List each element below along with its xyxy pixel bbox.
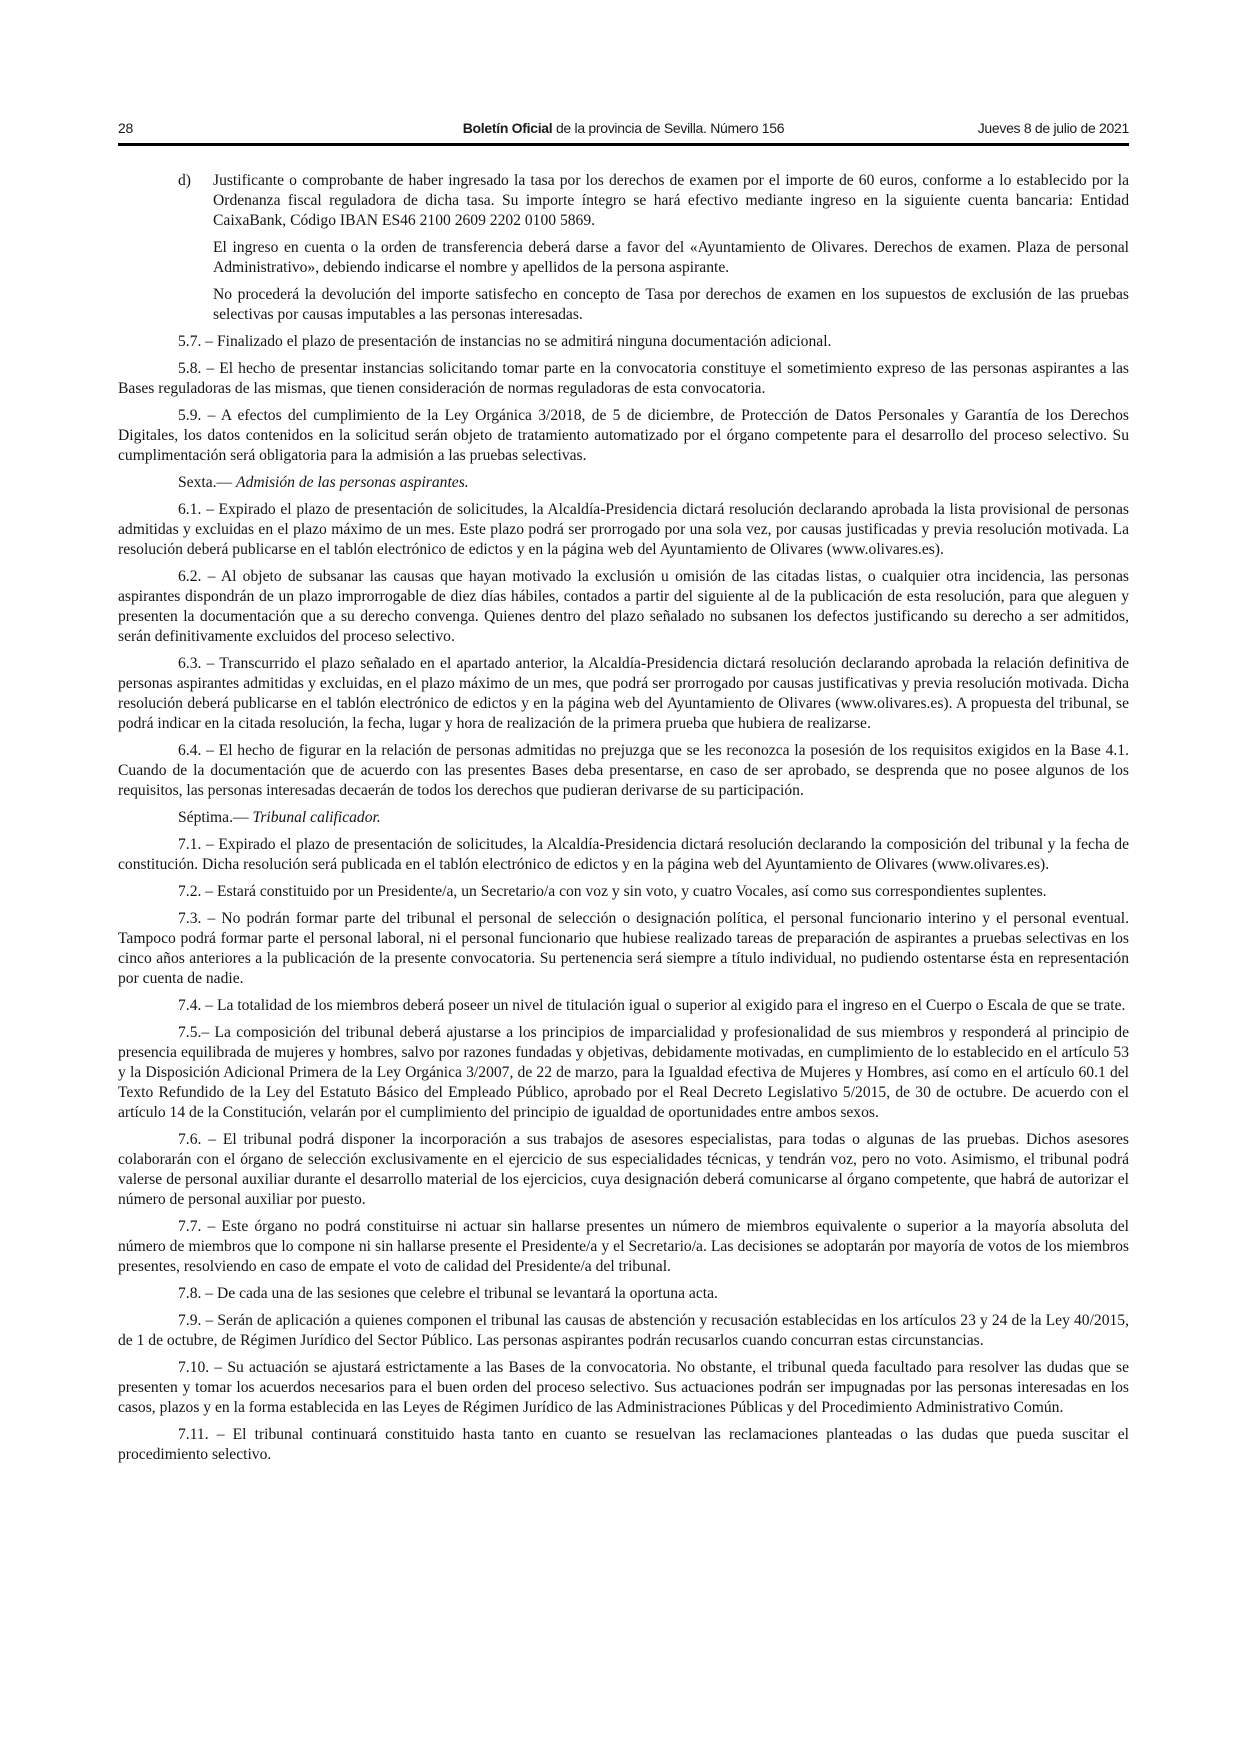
list-item-paragraph: No procederá la devolución del importe s…	[213, 285, 1129, 325]
list-item-d: d)Justificante o comprobante de haber in…	[118, 171, 1129, 325]
body-paragraph: 7.4. – La totalidad de los miembros debe…	[118, 996, 1129, 1016]
body-paragraph: 7.10. – Su actuación se ajustará estrict…	[118, 1358, 1129, 1418]
document-body: d)Justificante o comprobante de haber in…	[118, 171, 1129, 1472]
section-heading-title: Admisión de las personas aspirantes.	[236, 474, 469, 491]
body-paragraph: 7.5.– La composición del tribunal deberá…	[118, 1023, 1129, 1123]
header-rule	[118, 143, 1129, 146]
page-header: 28 Boletín Oficial de la provincia de Se…	[118, 120, 1129, 138]
body-paragraph: 6.1. – Expirado el plazo de presentación…	[118, 500, 1129, 560]
header-title-bold: Boletín Oficial	[463, 120, 553, 136]
body-paragraph: 6.2. – Al objeto de subsanar las causas …	[118, 567, 1129, 647]
section-heading-number: Séptima.—	[178, 809, 249, 826]
list-item-paragraph: Justificante o comprobante de haber ingr…	[213, 171, 1129, 231]
list-item-paragraph: El ingreso en cuenta o la orden de trans…	[213, 238, 1129, 278]
body-paragraph: 7.2. – Estará constituido por un Preside…	[118, 882, 1129, 902]
body-paragraph: 5.9. – A efectos del cumplimiento de la …	[118, 406, 1129, 466]
section-heading-number: Sexta.—	[178, 474, 232, 491]
header-date: Jueves 8 de julio de 2021	[978, 120, 1129, 136]
header-title-rest: de la provincia de Sevilla. Número 156	[552, 120, 784, 136]
body-paragraph: 7.1. – Expirado el plazo de presentación…	[118, 835, 1129, 875]
list-item-marker: d)	[178, 171, 191, 191]
body-paragraph: 7.3. – No podrán formar parte del tribun…	[118, 909, 1129, 989]
body-paragraph: 5.7. – Finalizado el plazo de presentaci…	[118, 332, 1129, 352]
section-heading: Séptima.— Tribunal calificador.	[118, 808, 1129, 828]
body-paragraph: 6.4. – El hecho de figurar en la relació…	[118, 741, 1129, 801]
body-paragraph: 7.8. – De cada una de las sesiones que c…	[118, 1284, 1129, 1304]
body-paragraph: 7.9. – Serán de aplicación a quienes com…	[118, 1311, 1129, 1351]
body-paragraph: 6.3. – Transcurrido el plazo señalado en…	[118, 654, 1129, 734]
body-paragraph: 7.6. – El tribunal podrá disponer la inc…	[118, 1130, 1129, 1210]
document-page: 28 Boletín Oficial de la provincia de Se…	[0, 0, 1241, 1754]
section-heading: Sexta.— Admisión de las personas aspiran…	[118, 473, 1129, 493]
body-paragraph: 5.8. – El hecho de presentar instancias …	[118, 359, 1129, 399]
body-paragraph: 7.7. – Este órgano no podrá constituirse…	[118, 1217, 1129, 1277]
section-heading-title: Tribunal calificador.	[253, 809, 381, 826]
body-paragraph: 7.11. – El tribunal continuará constitui…	[118, 1425, 1129, 1465]
